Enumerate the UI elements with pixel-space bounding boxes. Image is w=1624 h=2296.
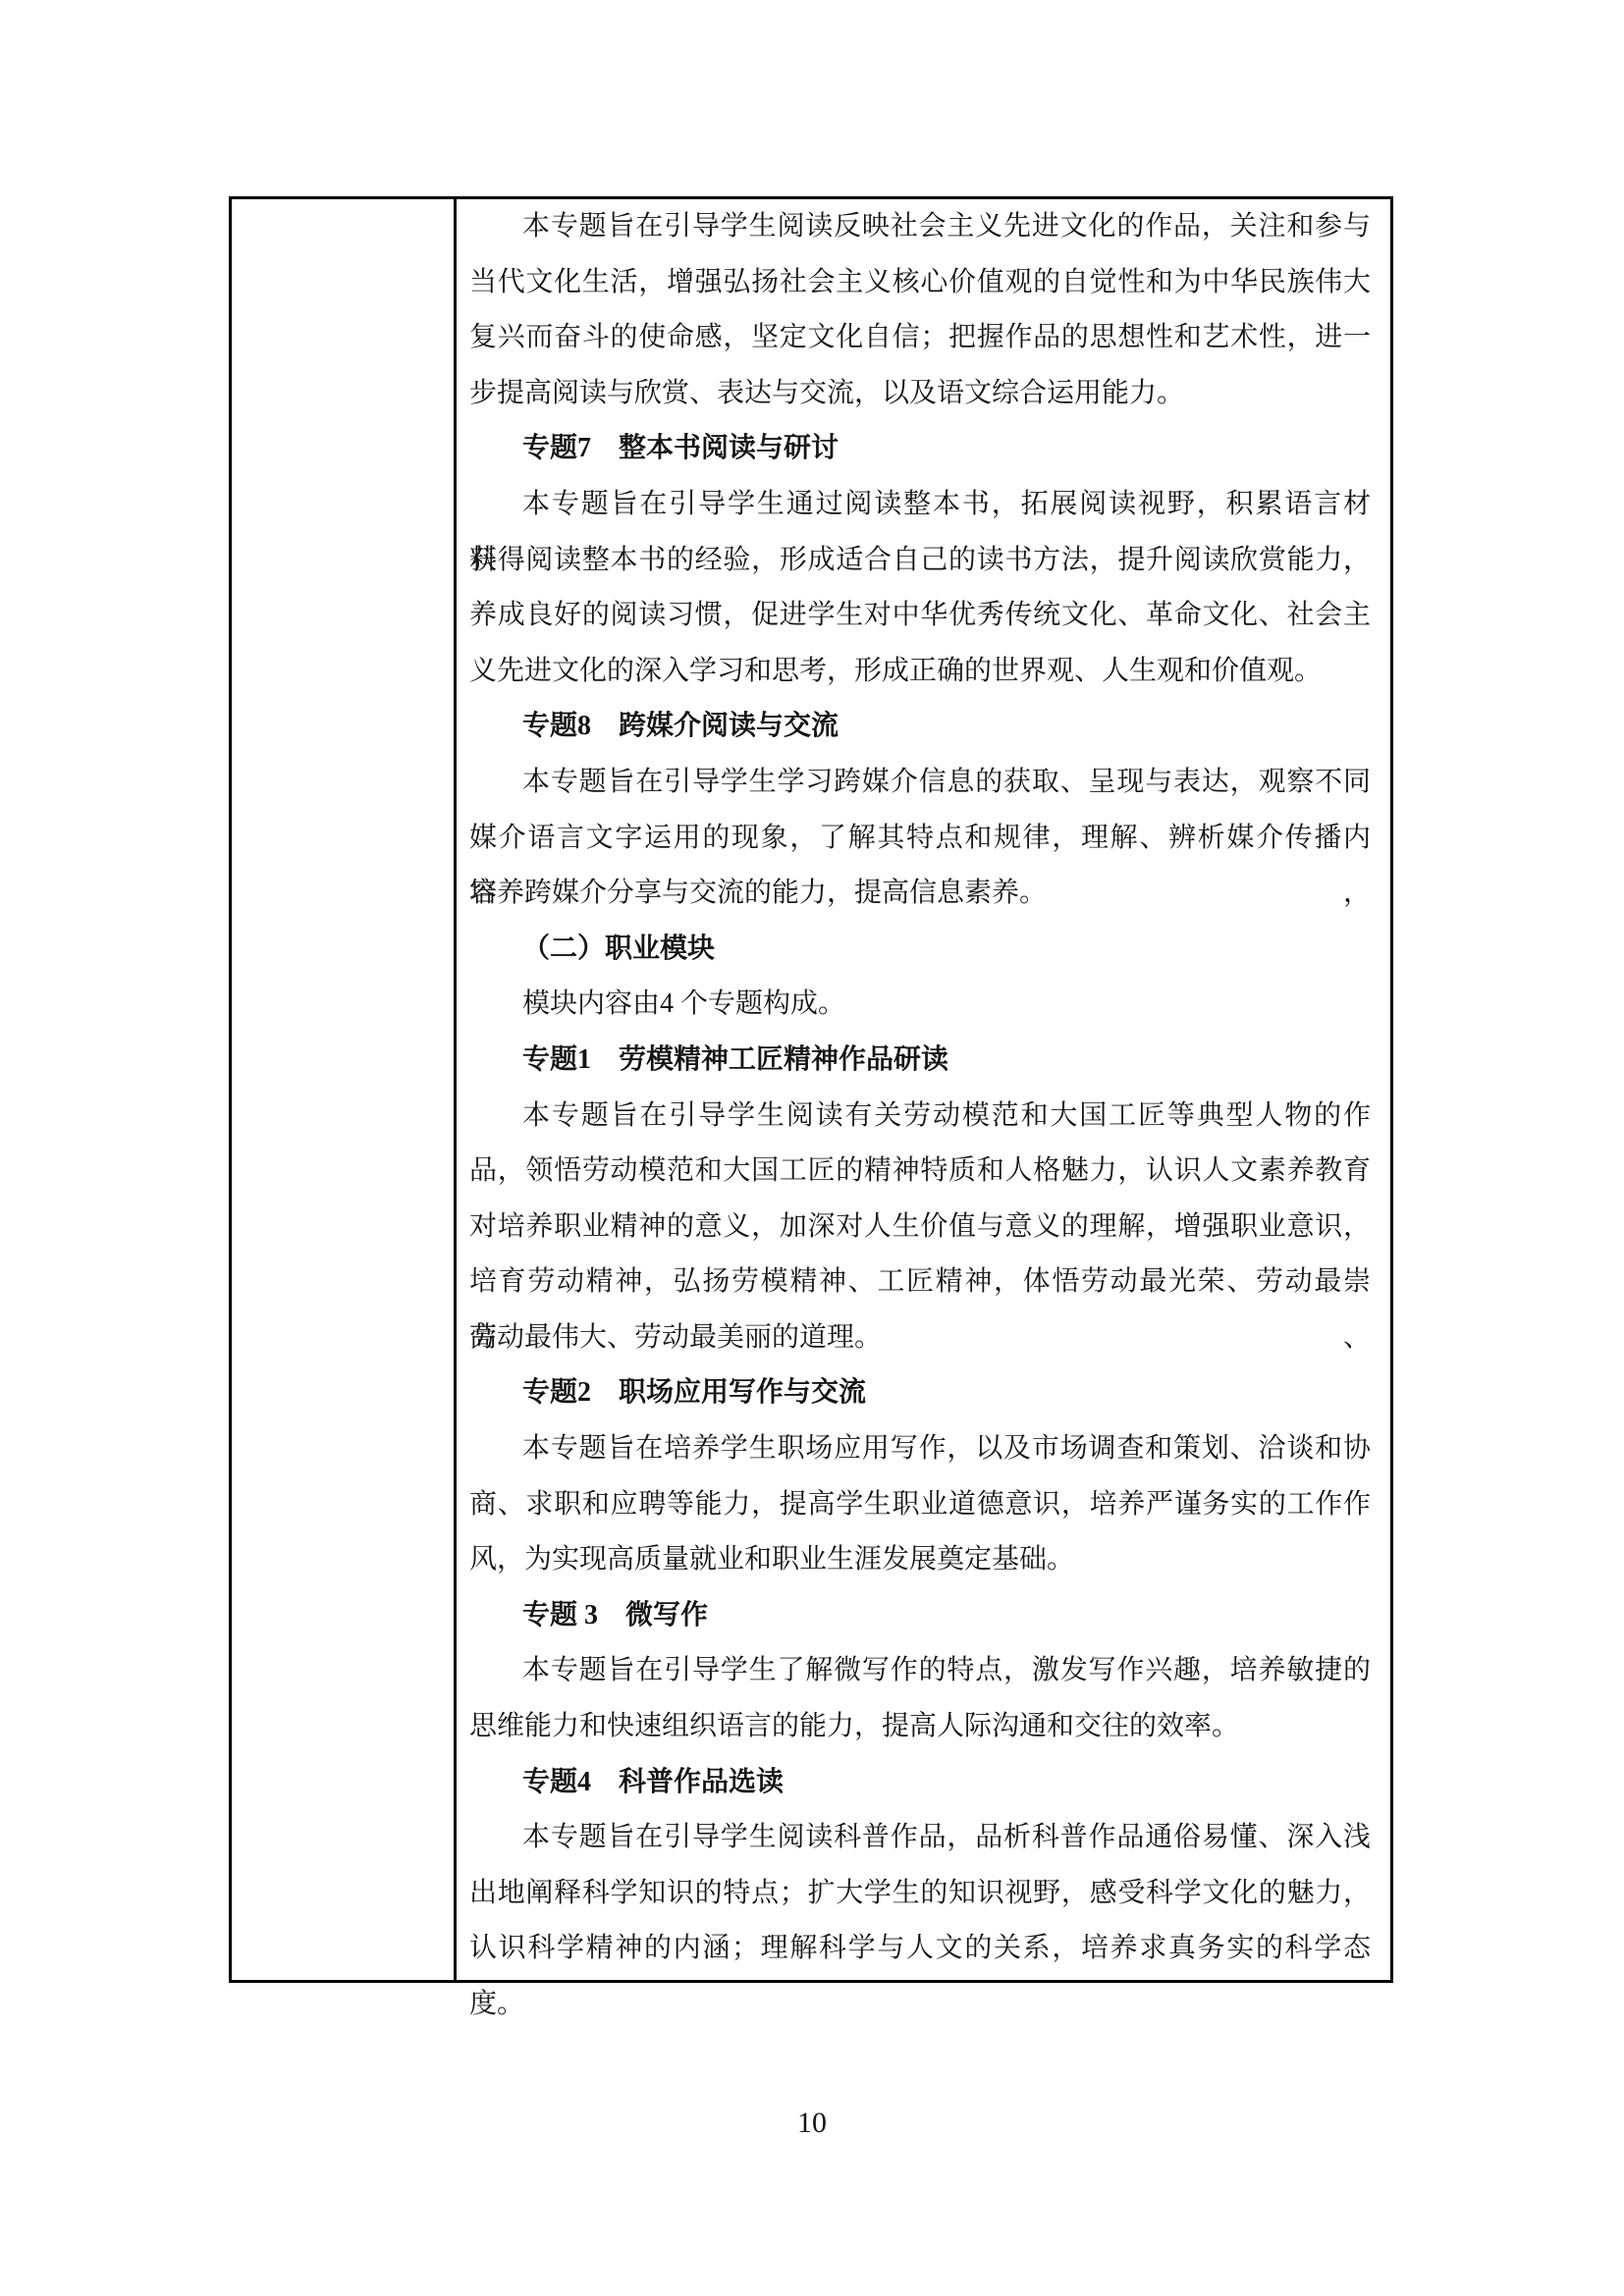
paragraph-line: 媒介语言文字运用的现象，了解其特点和规律，理解、辨析媒介传播内容， — [469, 811, 1371, 867]
paragraph-line: 本专题旨在引导学生阅读有关劳动模范和大国工匠等典型人物的作 — [469, 1089, 1371, 1145]
paragraph-line: 认识科学精神的内涵；理解科学与人文的关系，培养求真务实的科学态度。 — [469, 1921, 1371, 1977]
paragraph-line: 养成良好的阅读习惯，促进学生对中华优秀传统文化、革命文化、社会主 — [469, 588, 1371, 644]
topic-heading: （二）职业模块 — [469, 922, 1371, 978]
paragraph-line: 培育劳动精神，弘扬劳模精神、工匠精神，体悟劳动最光荣、劳动最崇高、 — [469, 1255, 1371, 1310]
paragraph-line: 出地阐释科学知识的特点；扩大学生的知识视野，感受科学文化的魅力， — [469, 1866, 1371, 1922]
paragraph-line: 对培养职业精神的意义，加深对人生价值与意义的理解，增强职业意识， — [469, 1200, 1371, 1255]
paragraph-line: 当代文化生活，增强弘扬社会主义核心价值观的自觉性和为中华民族伟大 — [469, 255, 1371, 311]
paragraph-line: 思维能力和快速组织语言的能力，提高人际沟通和交往的效率。 — [469, 1699, 1371, 1755]
paragraph-line: 商、求职和应聘等能力，提高学生职业道德意识，培养严谨务实的工作作 — [469, 1477, 1371, 1533]
paragraph-line: 本专题旨在引导学生阅读科普作品，品析科普作品通俗易懂、深入浅 — [469, 1810, 1371, 1866]
paragraph-line: 获得阅读整本书的经验，形成适合自己的读书方法，提升阅读欣赏能力， — [469, 533, 1371, 589]
paragraph-line: 本专题旨在引导学生阅读反映社会主义先进文化的作品，关注和参与 — [469, 199, 1371, 255]
page-number: 10 — [0, 2107, 1624, 2140]
paragraph-line: 本专题旨在引导学生通过阅读整本书，拓展阅读视野，积累语言材料， — [469, 477, 1371, 533]
topic-heading: 专题1 劳模精神工匠精神作品研读 — [469, 1033, 1371, 1089]
paragraph-line: 本专题旨在引导学生了解微写作的特点，激发写作兴趣，培养敏捷的 — [469, 1643, 1371, 1699]
topic-heading: 专题2 职场应用写作与交流 — [469, 1365, 1371, 1421]
topic-heading: 专题7 整本书阅读与研讨 — [469, 421, 1371, 477]
paragraph-line: 本专题旨在引导学生学习跨媒介信息的获取、呈现与表达，观察不同 — [469, 755, 1371, 811]
document-page: 本专题旨在引导学生阅读反映社会主义先进文化的作品，关注和参与当代文化生活，增强弘… — [0, 0, 1624, 2296]
paragraph-line: 模块内容由4 个专题构成。 — [469, 977, 1371, 1033]
table-left-cell — [232, 199, 457, 1980]
topic-heading: 专题8 跨媒介阅读与交流 — [469, 699, 1371, 755]
paragraph-line: 本专题旨在培养学生职场应用写作，以及市场调查和策划、洽谈和协 — [469, 1421, 1371, 1477]
topic-heading: 专题 3 微写作 — [469, 1588, 1371, 1644]
paragraph-line: 义先进文化的深入学习和思考，形成正确的世界观、人生观和价值观。 — [469, 644, 1371, 700]
paragraph-line: 复兴而奋斗的使命感，坚定文化自信；把握作品的思想性和艺术性，进一 — [469, 310, 1371, 366]
paragraph-line: 步提高阅读与欣赏、表达与交流，以及语文综合运用能力。 — [469, 366, 1371, 422]
paragraph-line: 品，领悟劳动模范和大国工匠的精神特质和人格魅力，认识人文素养教育 — [469, 1144, 1371, 1200]
table-content-cell: 本专题旨在引导学生阅读反映社会主义先进文化的作品，关注和参与当代文化生活，增强弘… — [457, 199, 1390, 1980]
paragraph-line: 风，为实现高质量就业和职业生涯发展奠定基础。 — [469, 1532, 1371, 1588]
topic-heading: 专题4 科普作品选读 — [469, 1755, 1371, 1811]
curriculum-table: 本专题旨在引导学生阅读反映社会主义先进文化的作品，关注和参与当代文化生活，增强弘… — [229, 196, 1393, 1983]
